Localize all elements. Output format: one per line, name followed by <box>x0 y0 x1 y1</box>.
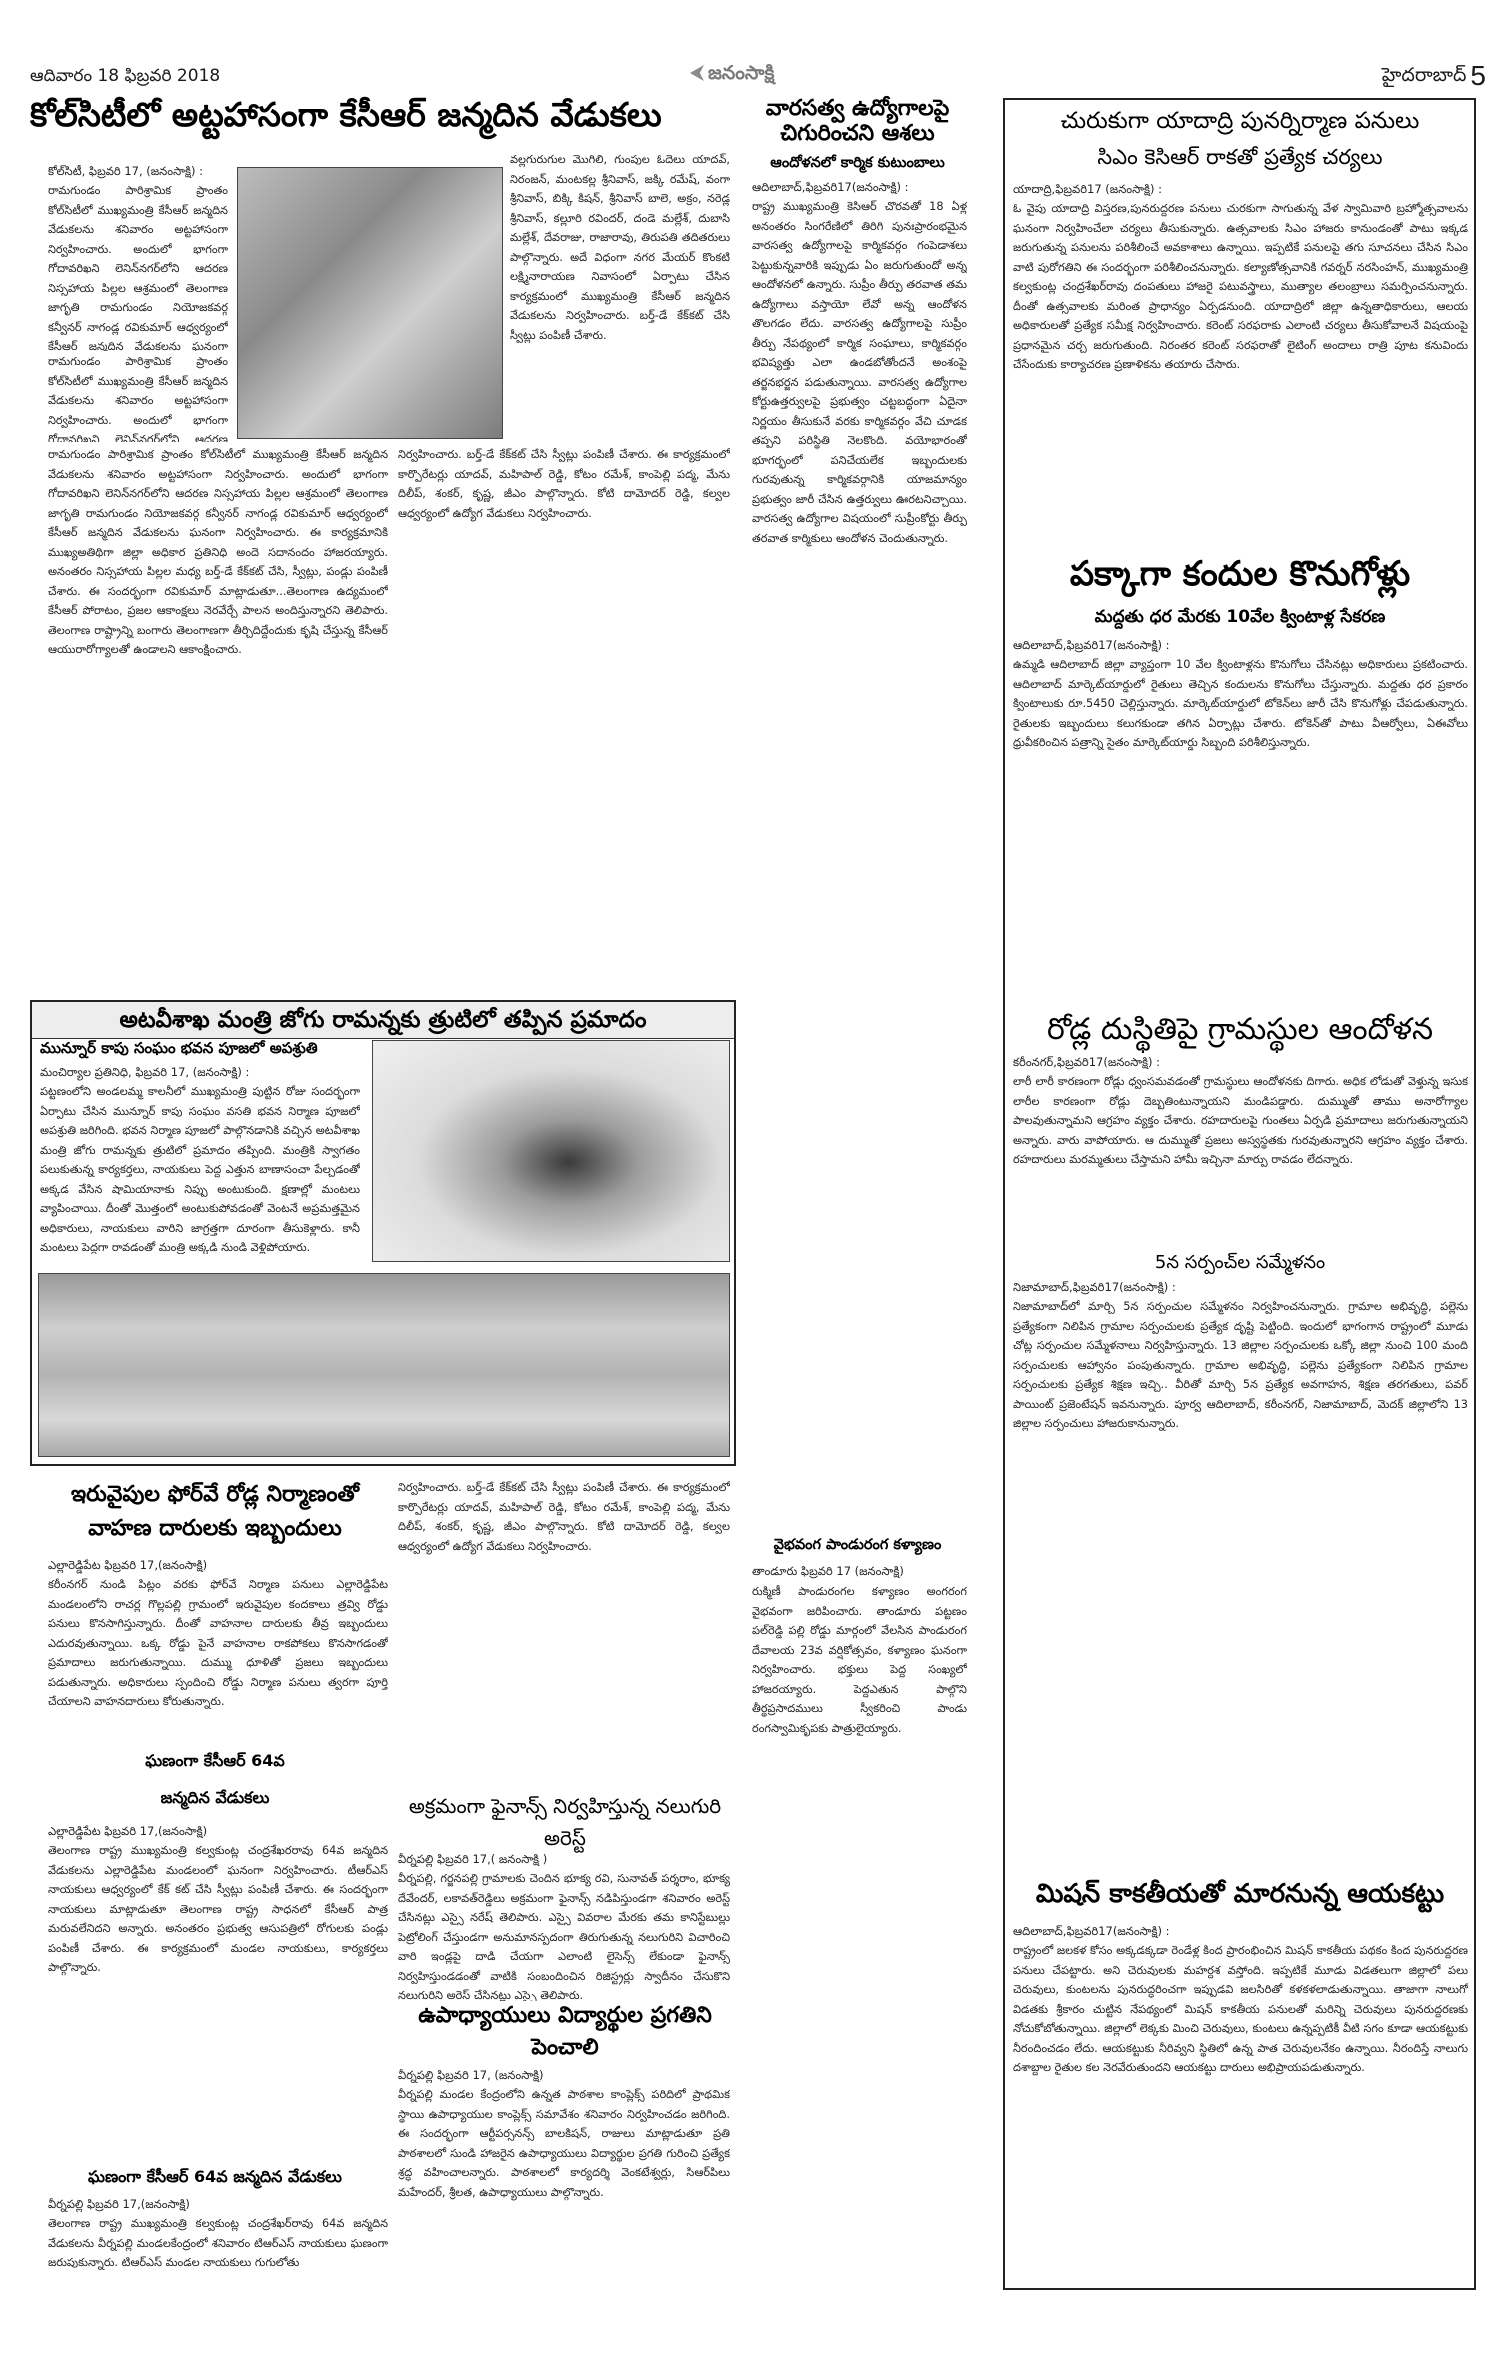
body-kcr-coalcity-col2: వల్లగురుగుల మొగిలి, గుంపుల ఓదెలు యాదవ్, … <box>510 150 730 450</box>
subheadline-minister-accident: మున్నూర్ కాపు సంఘం భవన పూజలో అపశ్రుతి <box>40 1040 360 1057</box>
headline-finance-arrest: అక్రమంగా ఫైనాన్స్ నిర్వహిస్తున్న నలుగురి… <box>395 1790 735 1854</box>
headline-teachers-progress: ఉపాధ్యాయులు విద్యార్థుల ప్రగతిని పెంచాలి <box>395 2000 735 2064</box>
photo-fire-aftermath <box>38 1273 730 1457</box>
subheadline-yadadri: సిఎం కెసిఆర్ రాకతో ప్రత్యేక చర్యలు <box>1010 145 1470 169</box>
page-number: 5 <box>1470 60 1486 91</box>
body-panduranga: రుక్మిణీ పాండురంగల కళ్యాణం అంగరంగ వైభవంగ… <box>752 1582 967 2282</box>
body-yadadri: ఓ వైపు యాదాద్రి విస్తరణ,పునరుద్దరణ పనులు… <box>1013 199 1468 549</box>
body-kcr64-ellareddypet: తెలంగాణ రాష్ట్ర ముఖ్యమంత్రి కల్వకుంట్ల చ… <box>48 1841 388 2159</box>
body-mission-kakatiya: రాష్ట్రంలో జలకళ కోసం అక్కడక్కడా రెండేళ్ల… <box>1013 1941 1468 2281</box>
body-kcr-coalcity-col1: రామగుండం పారిశ్రామిక ప్రాంతం కోల్‌సిటీలో… <box>48 181 228 351</box>
body-kcr-coalcity-wide-b: నిర్వహించారు. బర్త్‌-డే కేక్‌కట్ చేసి స్… <box>398 445 730 995</box>
photo-kcr-birthday <box>237 167 503 439</box>
headline-yadadri: చురుకుగా యాదాద్రి పునర్నిర్మాణ పనులు <box>1010 108 1470 134</box>
dateline-finance-arrest: వీర్నపల్లి ఫిబ్రవరి 17,( జనంసాక్షి ) <box>398 1850 730 1869</box>
dateline-hereditary-jobs: ఆదిలాబాద్,ఫిబ్రవరి17(జనంసాక్షి) : <box>752 178 967 197</box>
dateline-minister-accident: మంచిర్యాల ప్రతినిధి, ఫిబ్రవరి 17, (జనంసా… <box>40 1063 360 1082</box>
headline-kcr64-ellareddypet-2: జన్మదిన వేడుకలు <box>40 1789 390 1807</box>
dateline-kcr-coalcity: కోల్‌సిటీ, ఫిబ్రవరి 17, (జనంసాక్షి) : <box>48 162 228 181</box>
subheadline-hereditary-jobs: ఆందోళనలో కార్మిక కుటుంబాలు <box>745 155 970 172</box>
headline-kcr64-veernapally: ఘణంగా కేసీఆర్ 64వ జన్మదిన వేడుకలు <box>40 2168 390 2186</box>
issue-date: ఆదివారం 18 ఫిబ్రవరి 2018 <box>30 66 220 90</box>
body-kcr-coalcity-wide-a: రామగుండం పారిశ్రామిక ప్రాంతం కోల్‌సిటీలో… <box>48 445 388 995</box>
dateline-panduranga: తాండూరు ఫిబ్రవరి 17 (జనంసాక్షి) <box>752 1562 967 1581</box>
logo-icon <box>690 65 704 81</box>
body-kcr64-veernapally: తెలంగాణ రాష్ట్ర ముఖ్యమంత్రి కల్వకుంట్ల చ… <box>48 2214 388 2274</box>
body-minister-accident: పట్టణంలోని అండలమ్మ కాలనీలో ముఖ్యమంత్రి ప… <box>40 1082 360 1254</box>
edition-label: హైదరాబాద్5 <box>1382 60 1486 92</box>
headline-panduranga: వైభవంగ పాండురంగ కళ్యాణం <box>745 1537 970 1554</box>
body-kcr-coalcity-lower: రామగుండం పారిశ్రామిక ప్రాంతం కోల్‌సిటీలో… <box>48 352 228 442</box>
subheadline-red-gram: మద్దతు ధర మేరకు 10వేల క్వింటాళ్ల సేకరణ <box>1010 608 1470 628</box>
headline-minister-accident: అటవీశాఖ మంత్రి జోగు రామన్నకు త్రుటిలో తప… <box>32 1002 734 1039</box>
headline-kcr64-ellareddypet-1: ఘణంగా కేసీఆర్ 64వ <box>40 1752 390 1770</box>
dateline-kcr64-ellareddypet: ఎల్లారెడ్డిపేట ఫిబ్రవరి 17,(జనంసాక్షి) <box>48 1822 388 1841</box>
headline-red-gram: పక్కాగా కందుల కొనుగోళ్లు <box>1010 555 1470 594</box>
body-hereditary-jobs: రాష్ట్ర ముఖ్యమంత్రి కెసిఆర్ చొరవతో 18 ఏళ… <box>752 197 967 1507</box>
dateline-yadadri: యాదాద్రి,ఫిబ్రవరి17 (జనంసాక్షి) : <box>1013 180 1468 199</box>
dateline-mission-kakatiya: ఆదిలాబాద్,ఫిబ్రవరి17(జనంసాక్షి) : <box>1013 1922 1468 1941</box>
body-finance-arrest: వీర్నపల్లి, గర్జనపల్లి గ్రామాలకు చెందిన … <box>398 1869 730 2001</box>
body-four-way-roads: కరీంనగర్ నుండి పిట్లం వరకు ఫోర్‌వే నిర్మ… <box>48 1575 388 1743</box>
body-sarpanch-meet: నిజామాబాద్‌లో మార్చి 5న సర్పంచుల సమ్మేళన… <box>1013 1297 1468 1875</box>
photo-tent-fire <box>372 1040 730 1262</box>
newspaper-name: జనంసాక్షి <box>708 62 774 84</box>
headline-roads-protest: రోడ్ల దుస్థితిపై గ్రామస్థుల ఆందోళన <box>1010 1013 1470 1048</box>
dateline-sarpanch-meet: నిజామాబాద్,ఫిబ్రవరి17(జనంసాక్షి) : <box>1013 1278 1468 1297</box>
headline-sarpanch-meet: 5న సర్పంచ్‌ల సమ్మేళనం <box>1010 1253 1470 1274</box>
headline-kcr-coalcity: కోల్‌సిటీలో అట్టహాసంగా కేసీఆర్ జన్మదిన వ… <box>30 96 730 134</box>
dateline-kcr64-veernapally: వీర్నపల్లి ఫిబ్రవరి 17,(జనంసాక్షి) <box>48 2195 388 2214</box>
headline-hereditary-jobs: వారసత్వ ఉద్యోగాలపై చిగురించని ఆశలు <box>745 96 970 147</box>
body-teachers-progress: వీర్నపల్లి మండల కేంద్రంలోని ఉన్నత పాఠశాల… <box>398 2085 730 2275</box>
newspaper-logo: జనంసాక్షి <box>690 62 774 89</box>
body-red-gram: ఉమ్మడి ఆదిలాబాద్ జిల్లా వ్యాప్తంగా 10 వే… <box>1013 655 1468 1010</box>
dateline-four-way-roads: ఎల్లారెడ్డిపేట ఫిబ్రవరి 17,(జనంసాక్షి) <box>48 1556 388 1575</box>
headline-four-way-roads: ఇరువైపుల ఫోర్‌వే రోడ్ల నిర్మాణంతో వాహణ ద… <box>40 1478 390 1546</box>
dateline-teachers-progress: వీర్నపల్లి ఫిబ్రవరి 17, (జనంసాక్షి) <box>398 2066 730 2085</box>
body-roads-protest: లారీ లారీ కారణంగా రోడ్లు ధ్వంసమవడంతో గ్ర… <box>1013 1072 1468 1250</box>
body-kcr-coalcity-continued: నిర్వహించారు. బర్త్‌-డే కేక్‌కట్ చేసి స్… <box>398 1478 730 1778</box>
dateline-red-gram: ఆదిలాబాద్,ఫిబ్రవరి17(జనంసాక్షి) : <box>1013 636 1468 655</box>
headline-mission-kakatiya: మిషన్ కాకతీయతో మారనున్న ఆయకట్టు <box>1010 1880 1470 1910</box>
edition-city: హైదరాబాద్ <box>1382 64 1467 86</box>
dateline-roads-protest: కరీంనగర్,ఫిబ్రవరి17(జనంసాక్షి) : <box>1013 1053 1468 1072</box>
